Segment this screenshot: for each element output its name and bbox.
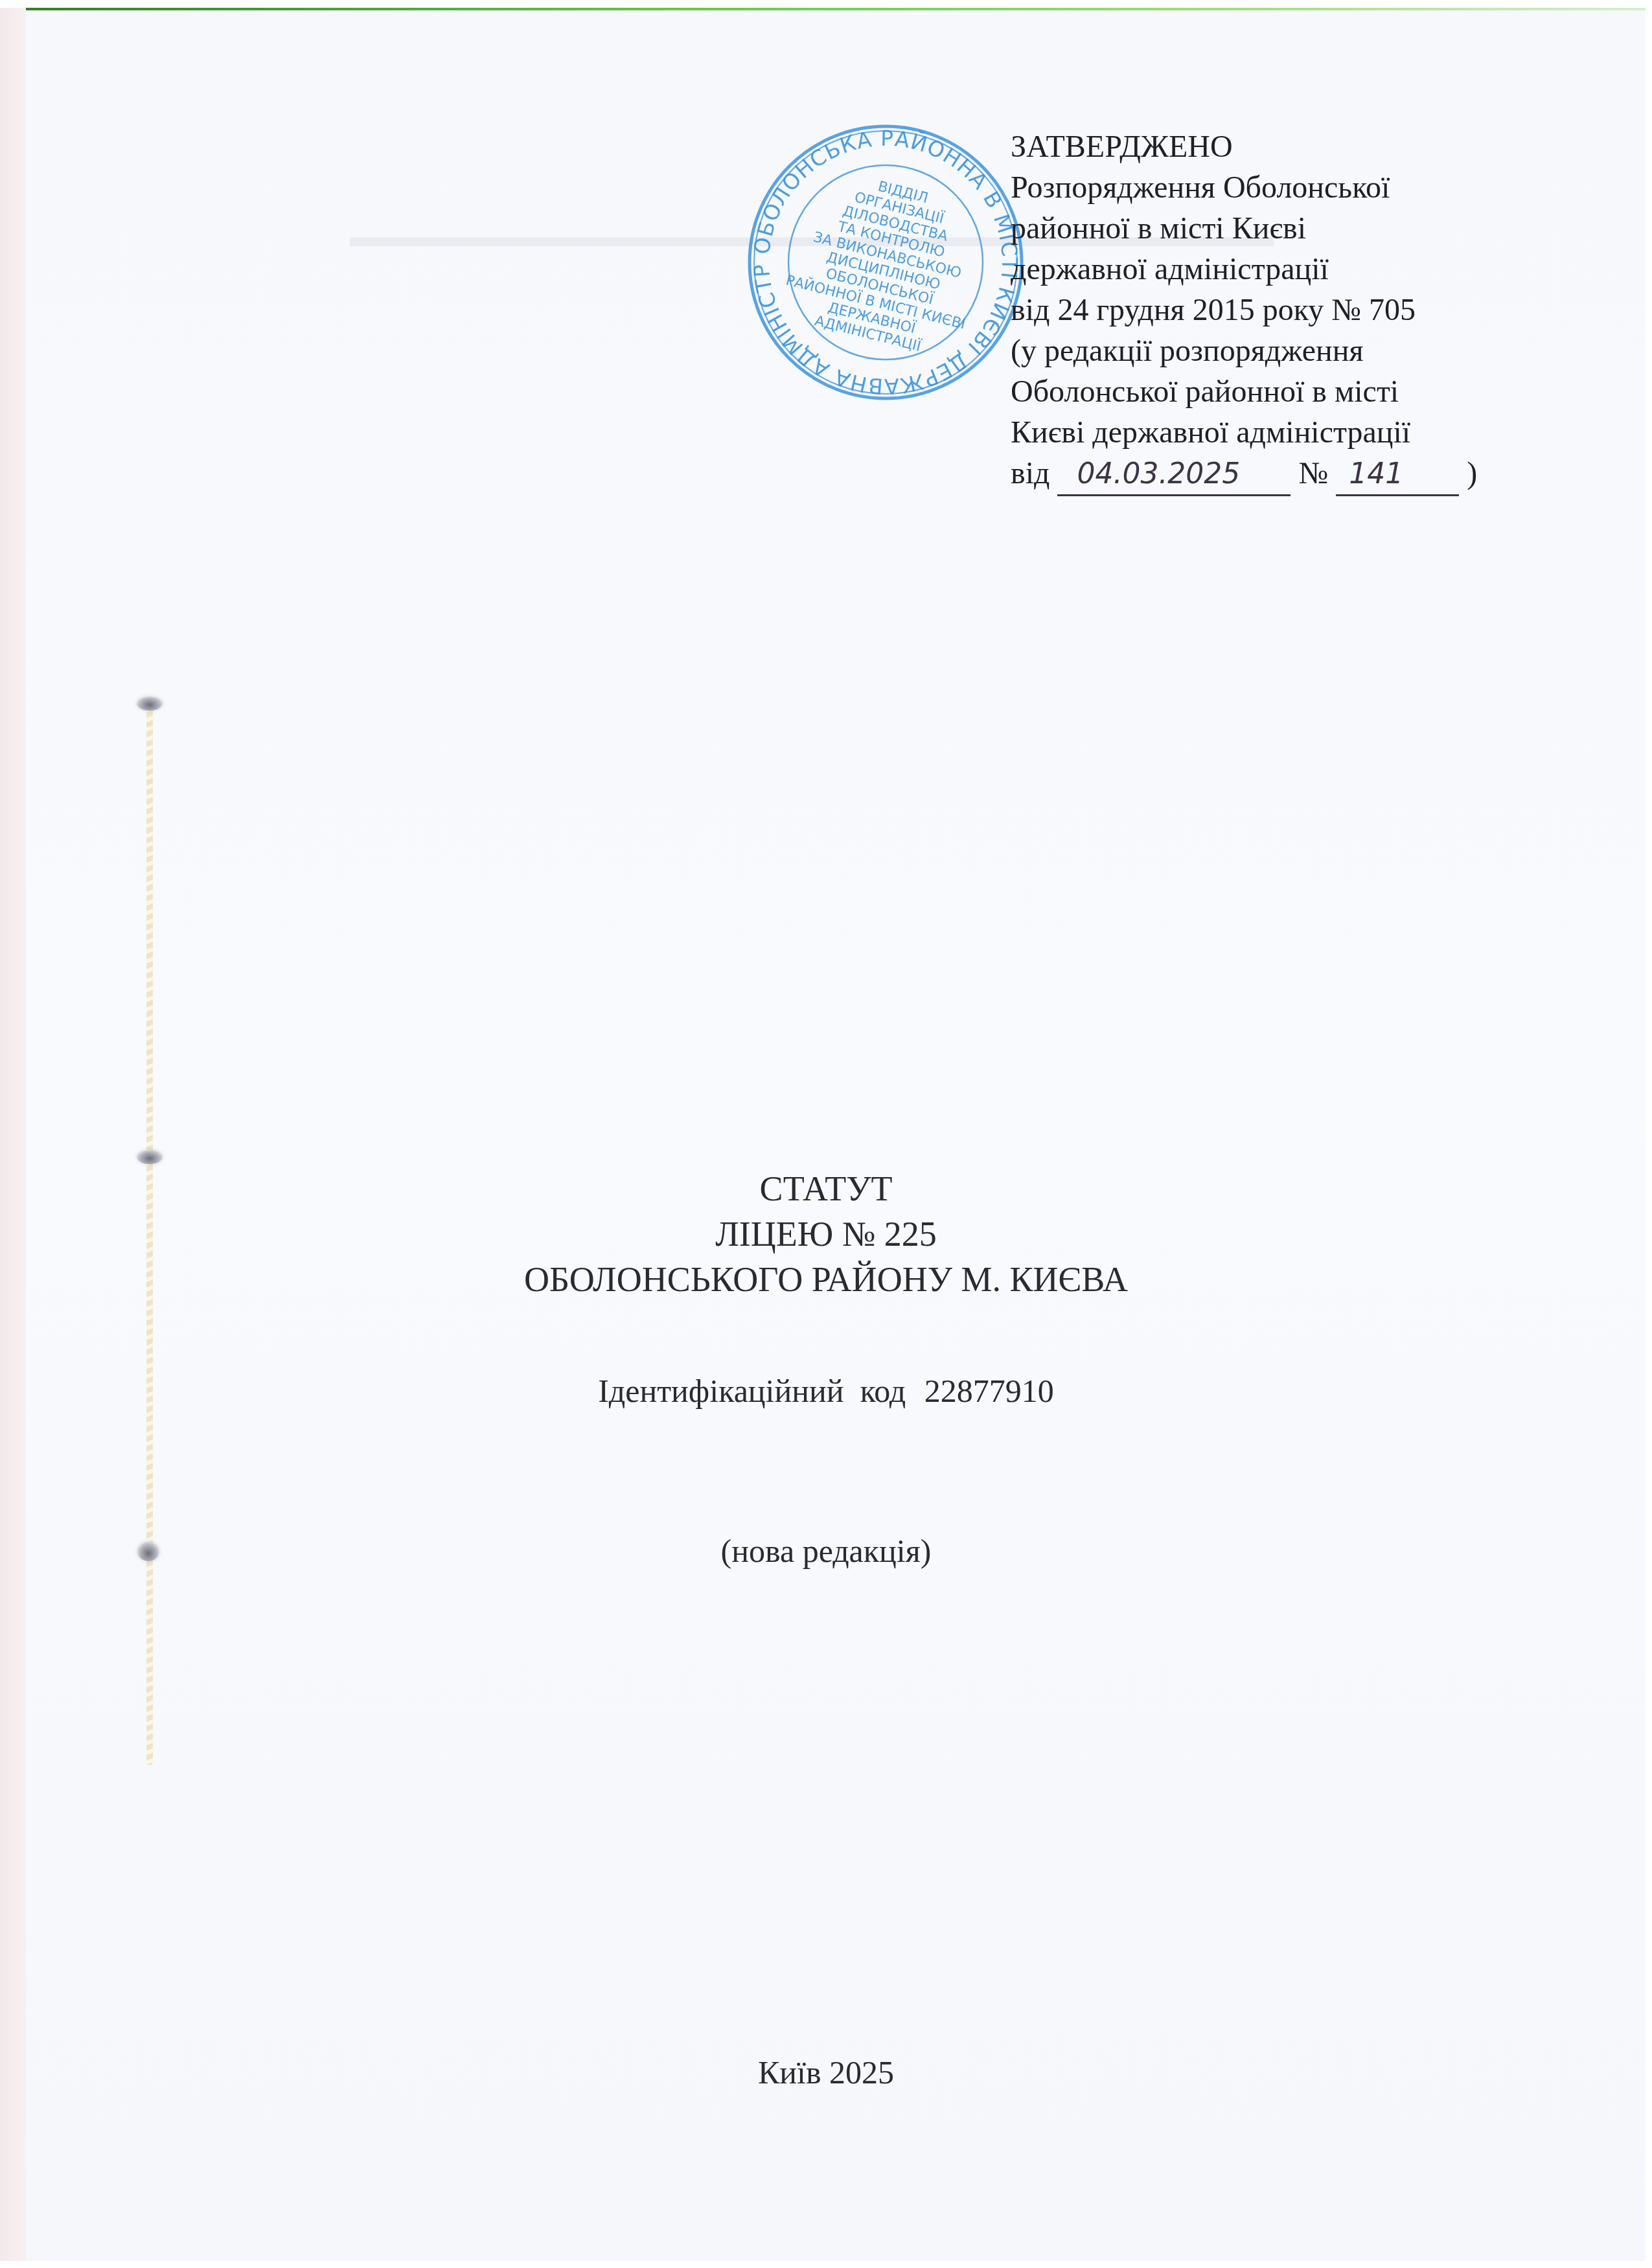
approval-line: Києві державної адміністрації xyxy=(1011,412,1477,453)
approval-line: державної адміністрації xyxy=(1011,249,1477,290)
title-line: ОБОЛОНСЬКОГО РАЙОНУ М. КИЄВА xyxy=(0,1257,1652,1302)
binding-grommet xyxy=(137,696,163,711)
approval-line: районної в місті Києві xyxy=(1011,208,1477,249)
approval-line: (у редакції розпорядження xyxy=(1011,330,1477,371)
title-line: ЛІЦЕЮ № 225 xyxy=(0,1211,1652,1257)
approval-line: від 24 грудня 2015 року № 705 xyxy=(1011,290,1477,330)
edition-note: (нова редакція) xyxy=(0,1532,1652,1570)
document-title: СТАТУТ ЛІЦЕЮ № 225 ОБОЛОНСЬКОГО РАЙОНУ М… xyxy=(0,1166,1652,1302)
official-stamp: ОБОЛОНСЬКА РАЙОННА В МІСТІ КИЄВІ ДЕРЖАВН… xyxy=(746,123,1025,402)
approval-block: ЗАТВЕРДЖЕНО Розпорядження Оболонської ра… xyxy=(1011,126,1477,496)
handwritten-number: 141 xyxy=(1336,453,1459,496)
closing-paren: ) xyxy=(1467,456,1477,490)
scan-top-edge xyxy=(26,8,1646,10)
handwritten-date: 04.03.2025 xyxy=(1057,453,1291,496)
scan-left-margin xyxy=(0,8,26,2261)
binding-grommet xyxy=(137,1150,163,1164)
approval-heading: ЗАТВЕРДЖЕНО xyxy=(1011,126,1477,167)
number-sign: № xyxy=(1298,456,1328,490)
code-label: Ідентифікаційний код xyxy=(598,1373,906,1409)
title-line: СТАТУТ xyxy=(0,1166,1652,1211)
identification-code: Ідентифікаційний код 22877910 xyxy=(0,1372,1652,1410)
approval-line: Оболонської районної в місті xyxy=(1011,371,1477,412)
code-value: 22877910 xyxy=(924,1373,1054,1409)
place-year: Київ 2025 xyxy=(0,2054,1652,2091)
approval-line: Розпорядження Оболонської xyxy=(1011,167,1477,208)
approval-date-line: від 04.03.2025 № 141 ) xyxy=(1011,453,1477,496)
date-prefix: від xyxy=(1011,456,1050,490)
